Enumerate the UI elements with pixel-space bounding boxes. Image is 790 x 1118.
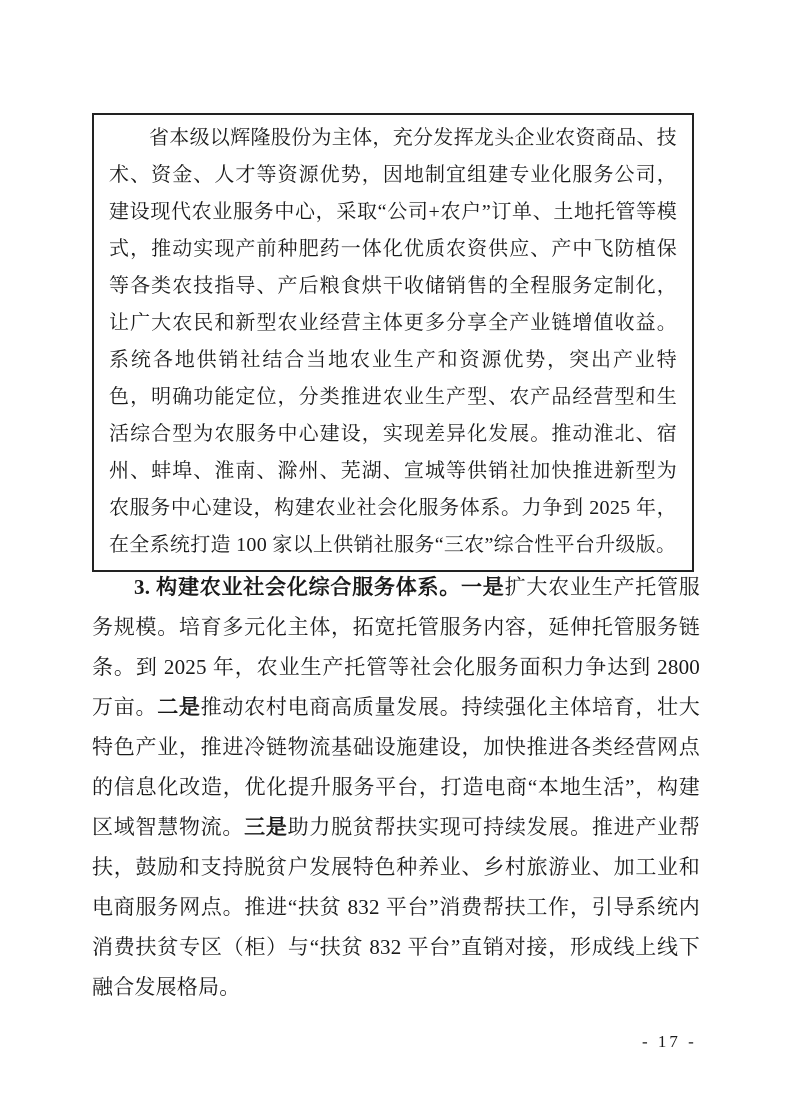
section-3-heading-lead-in: 3. 构建农业社会化综合服务体系。一是	[134, 575, 505, 599]
section-3-point-3-lead-in: 三是	[244, 815, 287, 839]
section-3-point-3-text: 助力脱贫帮扶实现可持续发展。推进产业帮扶，鼓励和支持脱贫户发展特色种养业、乡村旅…	[92, 815, 700, 999]
boxed-excerpt: 省本级以辉隆股份为主体，充分发挥龙头企业农资商品、技术、资金、人才等资源优势，因…	[92, 113, 694, 572]
page-number: - 17 -	[642, 1032, 697, 1052]
section-3-paragraph: 3. 构建农业社会化综合服务体系。一是扩大农业生产托管服务规模。培育多元化主体，…	[92, 567, 700, 1007]
section-3-point-2-lead-in: 二是	[157, 695, 200, 719]
document-page: 省本级以辉隆股份为主体，充分发挥龙头企业农资商品、技术、资金、人才等资源优势，因…	[0, 0, 790, 1118]
boxed-excerpt-paragraph: 省本级以辉隆股份为主体，充分发挥龙头企业农资商品、技术、资金、人才等资源优势，因…	[109, 120, 677, 564]
